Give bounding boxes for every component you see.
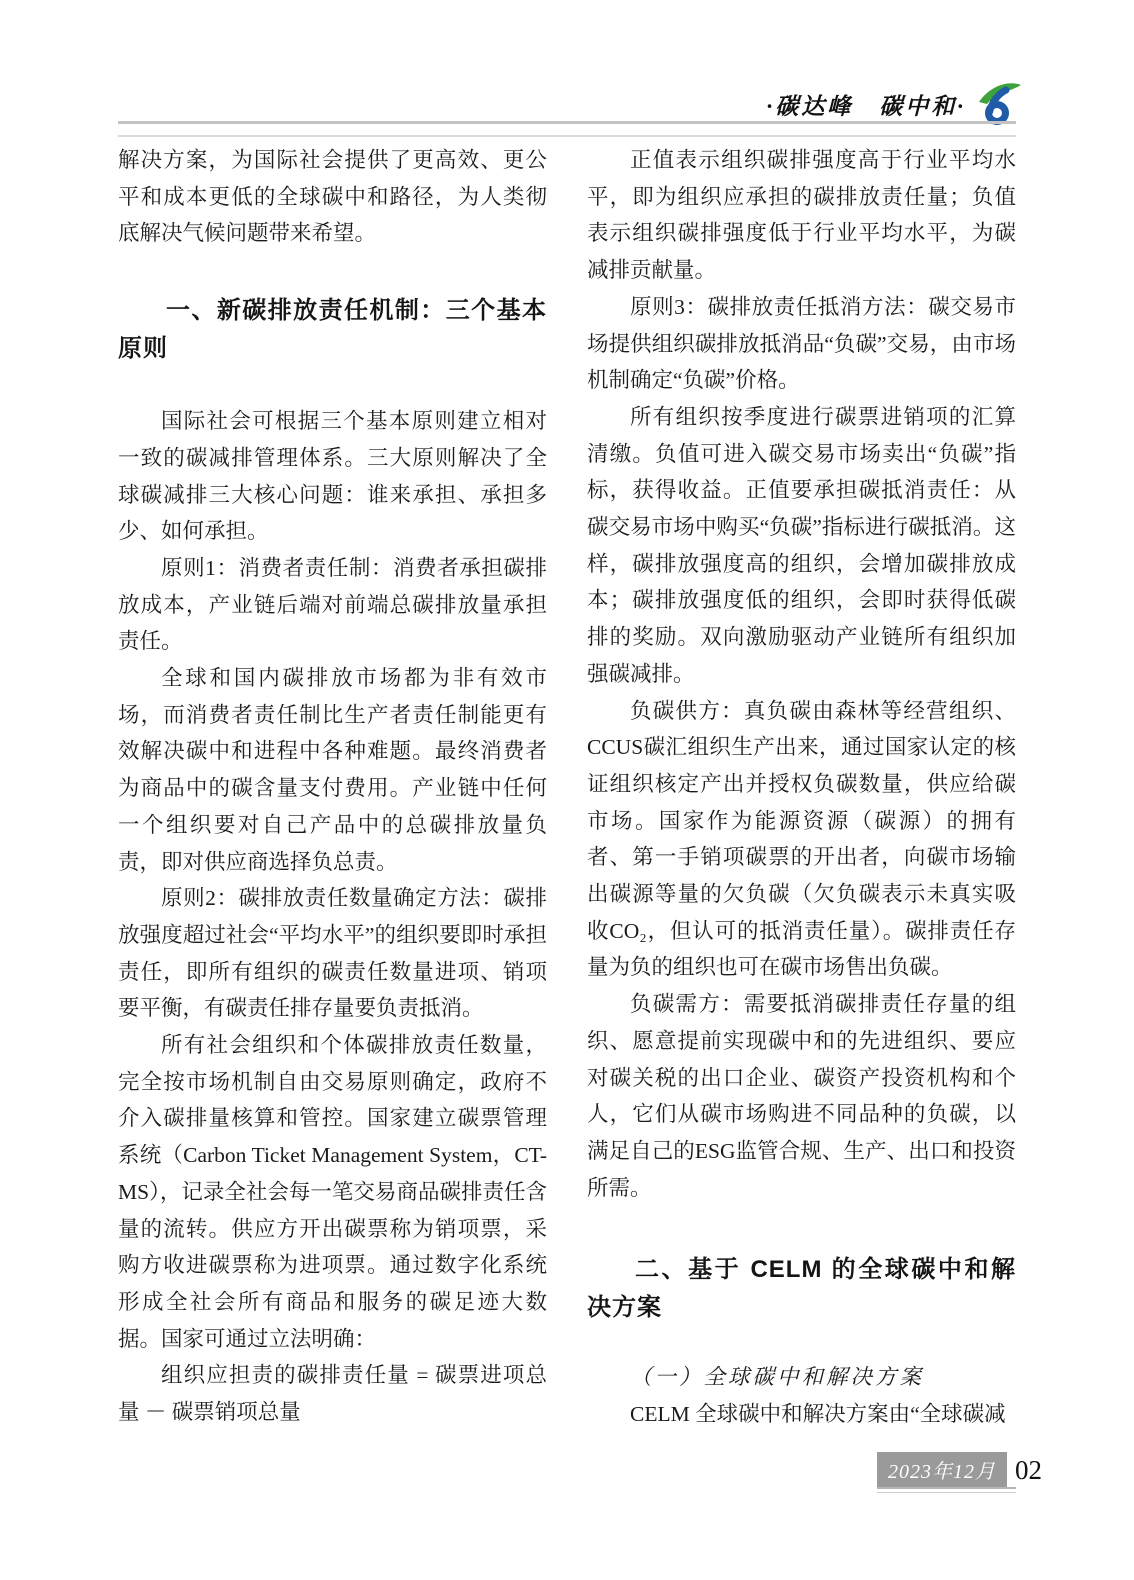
left-column: 解决方案，为国际社会提供了更高效、更公平和成本更低的全球碳中和路径，为人类彻底解… xyxy=(118,142,547,1431)
paragraph: 正值表示组织碳排强度高于行业平均水平，即为组织应承担的碳排放责任量；负值表示组织… xyxy=(587,142,1016,289)
paragraph: 原则1：消费者责任制：消费者承担碳排放成本，产业链后端对前端总碳排放量承担责任。 xyxy=(118,550,547,660)
formula-line: 组织应担责的碳排责任量 = 碳票进项总量 － 碳票销项总量 xyxy=(118,1357,547,1430)
paragraph: 原则2：碳排放责任数量确定方法：碳排放强度超过社会“平均水平”的组织要即时承担责… xyxy=(118,880,547,1027)
section-heading-1: 一、新碳排放责任机制：三个基本原则 xyxy=(118,292,547,367)
page-footer: 2023年12月 02 xyxy=(877,1452,1016,1488)
header-slogan: ·碳达峰 碳中和· xyxy=(767,88,967,121)
paragraph: CELM 全球碳中和解决方案由“全球碳减 xyxy=(587,1396,1016,1433)
header-rule xyxy=(118,121,1016,137)
subsection-heading: （一）全球碳中和解决方案 xyxy=(587,1359,1016,1396)
issue-badge: 2023年12月 xyxy=(877,1452,1007,1488)
paragraph: 全球和国内碳排放市场都为非有效市场，而消费者责任制比生产者责任制能更有效解决碳中… xyxy=(118,660,547,880)
masthead: ·碳达峰 碳中和· xyxy=(767,82,1023,126)
paragraph: 负碳供方：真负碳由森林等经营组织、CCUS碳汇组织生产出来，通过国家认定的核证组… xyxy=(587,693,1016,987)
section-heading-2: 二、基于 CELM 的全球碳中和解决方案 xyxy=(587,1251,1016,1326)
paragraph: 负碳需方：需要抵消碳排责任存量的组织、愿意提前实现碳中和的先进组织、要应对碳关税… xyxy=(587,986,1016,1206)
paragraph: 所有组织按季度进行碳票进销项的汇算清缴。负值可进入碳交易市场卖出“负碳”指标，获… xyxy=(587,399,1016,693)
paragraph: 国际社会可根据三个基本原则建立相对一致的碳减排管理体系。三大原则解决了全球碳减排… xyxy=(118,403,547,550)
paragraph: 原则3：碳排放责任抵消方法：碳交易市场提供组织碳排放抵消品“负碳”交易，由市场机… xyxy=(587,289,1016,399)
paragraph: 所有社会组织和个体碳排放责任数量，完全按市场机制自由交易原则确定，政府不介入碳排… xyxy=(118,1027,547,1357)
footer-rule xyxy=(877,1487,1016,1493)
right-column: 正值表示组织碳排强度高于行业平均水平，即为组织应承担的碳排放责任量；负值表示组织… xyxy=(587,142,1016,1433)
page-number: 02 xyxy=(1015,1455,1042,1486)
journal-logo-icon xyxy=(976,82,1022,126)
paragraph: 解决方案，为国际社会提供了更高效、更公平和成本更低的全球碳中和路径，为人类彻底解… xyxy=(118,142,547,252)
magazine-page: ·碳达峰 碳中和· 解决方案，为国际社会提供了更高效、更公平和成本更低的全球碳中… xyxy=(0,0,1134,1580)
